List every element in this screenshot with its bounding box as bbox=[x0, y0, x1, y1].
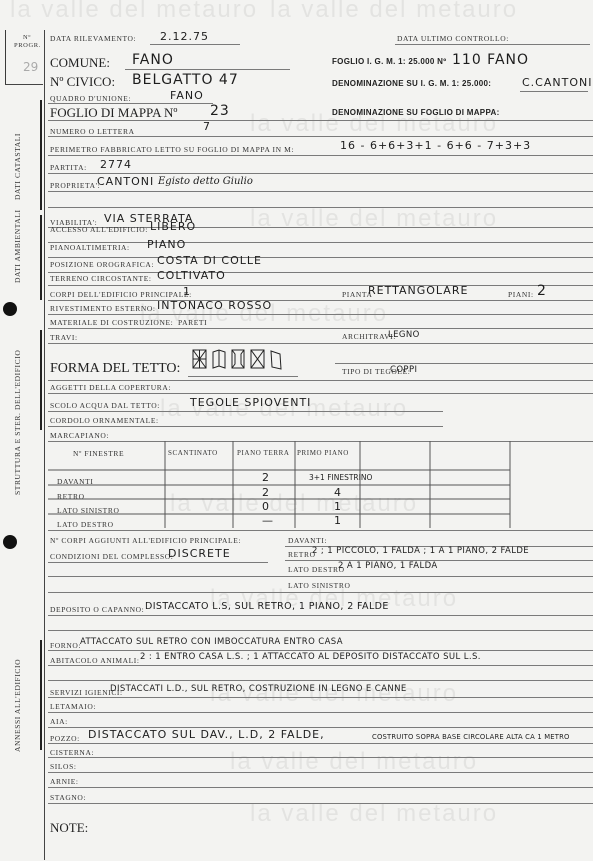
foglio-mappa-value[interactable]: 23 bbox=[210, 103, 230, 119]
pozzo-value[interactable]: DISTACCATO SUL DAV., L.D, 2 FALDE, bbox=[88, 728, 325, 741]
rivestimento-label: RIVESTIMENTO ESTERNO: bbox=[50, 304, 156, 313]
proprieta-value[interactable]: CANTONI bbox=[97, 175, 154, 188]
field-line bbox=[48, 772, 593, 773]
foglio-mappa-label: FOGLIO DI MAPPA Nº bbox=[50, 105, 177, 121]
watermark: la valle del metauro bbox=[250, 205, 498, 233]
field-line bbox=[48, 257, 593, 258]
watermark: la valle del metauro bbox=[270, 0, 518, 24]
survey-form-page: la valle del metauro la valle del metaur… bbox=[0, 0, 593, 861]
field-line bbox=[285, 560, 593, 561]
roof-shed-icon bbox=[271, 351, 281, 369]
planoaltimetria-label: PIANOALTIMETRIA: bbox=[50, 243, 130, 252]
n-prog-value: 29 bbox=[23, 60, 38, 74]
partita-label: PARTITA: bbox=[50, 163, 87, 172]
deposito-value[interactable]: DISTACCATO L.S, SUL RETRO, 1 PIANO, 2 FA… bbox=[145, 601, 389, 612]
forno-value[interactable]: ATTACCATO SUL RETRO CON IMBOCCATURA ENTR… bbox=[80, 637, 343, 647]
field-line bbox=[48, 787, 593, 788]
field-line bbox=[48, 191, 593, 192]
silos-label: SILOS: bbox=[50, 762, 77, 771]
deposito-label: DEPOSITO o CAPANNO: bbox=[50, 605, 144, 614]
field-line bbox=[48, 712, 593, 713]
field-line bbox=[395, 44, 590, 45]
stagno-label: STAGNO: bbox=[50, 793, 86, 802]
section-bracket bbox=[40, 330, 42, 430]
field-line bbox=[48, 242, 593, 243]
lato-destro-value[interactable]: 2 A 1 PIANO, 1 FALDA bbox=[338, 561, 438, 571]
foglio-igm-label: FOGLIO I. G. M. 1: 25.000 Nº bbox=[332, 57, 446, 66]
scolo-value[interactable]: TEGOLE SPIOVENTI bbox=[190, 396, 311, 409]
table-cell-piano-terra[interactable]: 2 bbox=[262, 486, 270, 499]
note-label: NOTE: bbox=[50, 820, 88, 836]
travi-label: TRAVI: bbox=[50, 333, 78, 342]
side-label-struttura: STRUTTURA E STER. DELL'EDIFICIO bbox=[13, 350, 22, 495]
comune-label: COMUNE: bbox=[50, 55, 110, 71]
foglio-igm-value[interactable]: 110 FANO bbox=[452, 52, 529, 68]
corpi-aggiunti-label: Nº CORPI AGGIUNTI ALL'EDIFICIO PRINCIPAL… bbox=[50, 536, 241, 545]
table-row-label: LATO DESTRO bbox=[57, 520, 114, 529]
field-line bbox=[48, 411, 443, 412]
lato-destro-label: LATO DESTRO bbox=[288, 565, 345, 574]
field-line bbox=[48, 380, 593, 381]
field-line bbox=[48, 697, 593, 698]
condizioni-value[interactable]: DISCRETE bbox=[168, 547, 231, 560]
field-line bbox=[48, 426, 443, 427]
partita-value[interactable]: 2774 bbox=[100, 158, 132, 171]
field-line bbox=[48, 630, 593, 631]
section-bracket bbox=[40, 640, 42, 750]
marcapiano-label: MARCAPIANO: bbox=[50, 431, 109, 440]
civico-label: Nº CIVICO: bbox=[50, 74, 115, 90]
field-line bbox=[48, 393, 593, 394]
field-line bbox=[48, 155, 593, 156]
field-line bbox=[335, 363, 593, 364]
field-line bbox=[48, 120, 593, 121]
terreno-value[interactable]: COLTIVATO bbox=[157, 269, 226, 282]
civico-value[interactable]: BELGATTO 47 bbox=[132, 72, 239, 88]
field-line bbox=[48, 680, 593, 681]
field-line bbox=[48, 665, 593, 666]
prog-box-border bbox=[5, 84, 43, 85]
field-line bbox=[48, 562, 268, 563]
field-line bbox=[48, 757, 593, 758]
n-prog-label: Nº PROGR. bbox=[14, 34, 40, 50]
field-line bbox=[48, 576, 593, 577]
cisterna-label: CISTERNA: bbox=[50, 748, 94, 757]
condizioni-label: CONDIZIONI DEL COMPLESSO: bbox=[50, 552, 173, 561]
field-line bbox=[48, 743, 593, 744]
field-line bbox=[48, 136, 593, 137]
field-line bbox=[520, 91, 588, 92]
punch-hole bbox=[3, 302, 17, 316]
scolo-label: SCOLO ACQUA DAL TETTO: bbox=[50, 401, 160, 410]
pozzo-label: POZZO: bbox=[50, 734, 80, 743]
aggetti-label: AGGETTI DELLA COPERTURA: bbox=[50, 383, 171, 392]
field-line bbox=[48, 530, 593, 531]
denom-igm-label: DENOMINAZIONE SU I. G. M. 1: 25.000: bbox=[332, 79, 491, 88]
field-line bbox=[48, 272, 593, 273]
forno-label: FORNO: bbox=[50, 641, 81, 650]
accesso-value[interactable]: LIBERO bbox=[150, 220, 196, 233]
architravi-value[interactable]: LEGNO bbox=[388, 330, 420, 340]
side-label-annessi: ANNESSI ALL'EDIFICIO bbox=[13, 659, 22, 752]
prog-box-border bbox=[5, 30, 6, 85]
table-cell-piano-terra[interactable]: 2 bbox=[262, 471, 270, 484]
perimetro-value[interactable]: 16 - 6+6+3+1 - 6+6 - 7+3+3 bbox=[340, 139, 531, 152]
field-line bbox=[48, 207, 593, 208]
data-rilevamento-value[interactable]: 2.12.75 bbox=[160, 30, 209, 43]
field-line bbox=[48, 300, 593, 301]
table-cell-primo-piano[interactable]: 1 bbox=[334, 514, 342, 527]
arnie-label: ARNIE: bbox=[50, 777, 79, 786]
posizione-value[interactable]: COSTA DI COLLE bbox=[157, 254, 262, 267]
table-row-label: LATO SINISTRO bbox=[57, 506, 119, 515]
lato-sinistro-label: LATO SINISTRO bbox=[288, 581, 350, 590]
planoaltimetria-value[interactable]: PIANO bbox=[147, 238, 186, 251]
proprieta-note[interactable]: Egisto detto Giulio bbox=[158, 176, 253, 187]
denom-mappa-label: DENOMINAZIONE SU FOGLIO DI MAPPA: bbox=[332, 108, 500, 117]
field-line bbox=[188, 376, 298, 377]
table-cell-piano-terra[interactable]: 0 bbox=[262, 500, 270, 513]
perimetro-label: PERIMETRO FABBRICATO LETTO SU FOGLIO DI … bbox=[50, 145, 294, 154]
field-line bbox=[48, 314, 593, 315]
data-rilevamento-label: DATA RILEVAMENTO: bbox=[50, 34, 136, 43]
pozzo-note[interactable]: COSTRUITO SOPRA BASE CIRCOLARE ALTA CA 1… bbox=[372, 733, 570, 741]
side-label-catastali: DATI CATASTALI bbox=[13, 133, 22, 200]
table-header-primo-piano: PRIMO PIANO bbox=[297, 449, 349, 457]
letamaio-label: LETAMAIO: bbox=[50, 702, 96, 711]
pianta-value[interactable]: RETTANGOLARE bbox=[368, 284, 468, 297]
materiale-value: PARETI bbox=[178, 318, 207, 327]
field-line bbox=[48, 173, 593, 174]
corpi-label: CORPI DELL'EDIFICIO PRINCIPALE: bbox=[50, 290, 192, 299]
forma-tetto-label: FORMA DEL TETTO: bbox=[50, 361, 180, 377]
comune-value[interactable]: FANO bbox=[132, 52, 174, 68]
field-line bbox=[125, 69, 290, 70]
abitacolo-value[interactable]: 2 : 1 ENTRO CASA L.S. ; 1 ATTACCATO AL D… bbox=[140, 652, 481, 662]
field-line bbox=[48, 803, 593, 804]
accesso-label: ACCESSO ALL'EDIFICIO: bbox=[50, 225, 148, 234]
table-header-piano-terra: PIANO TERRA bbox=[237, 449, 290, 457]
table-row-label: RETRO bbox=[57, 492, 85, 501]
roof-gable-hip-icon bbox=[232, 350, 244, 368]
watermark: la valle del metauro bbox=[250, 800, 498, 828]
proprieta-label: PROPRIETA': bbox=[50, 181, 100, 190]
quadro-label: QUADRO D'UNIONE: bbox=[50, 94, 131, 103]
table-cell-primo-piano[interactable]: 3+1 FINESTRINO bbox=[309, 473, 372, 482]
field-line bbox=[48, 650, 593, 651]
field-line bbox=[48, 615, 593, 616]
table-header-finestre: Nº FINESTRE bbox=[73, 449, 124, 458]
tipo-tegole-value[interactable]: COPPI bbox=[390, 365, 417, 375]
punch-hole bbox=[3, 535, 17, 549]
side-label-ambientali: DATI AMBIENTALI bbox=[13, 209, 22, 283]
table-header-scantinato: SCANTINATO bbox=[168, 449, 218, 457]
retro-value[interactable]: 2 ; 1 PICCOLO, 1 FALDA ; 1 A 1 PIANO, 2 … bbox=[312, 546, 529, 556]
field-line bbox=[48, 328, 593, 329]
field-line bbox=[48, 103, 213, 104]
section-bracket bbox=[40, 215, 42, 300]
section-bracket bbox=[40, 100, 42, 210]
watermark: la valle del metauro bbox=[10, 0, 258, 24]
roof-gable-icon bbox=[213, 350, 225, 368]
posizione-label: POSIZIONE OROGRAFICA: bbox=[50, 260, 154, 269]
data-ultimo-controllo-label: DATA ULTIMO CONTROLLO: bbox=[397, 34, 509, 43]
piani-label: PIANI: bbox=[508, 290, 534, 299]
cordolo-label: CORDOLO ORNAMENTALE: bbox=[50, 416, 159, 425]
field-line bbox=[48, 592, 593, 593]
corpi-value[interactable]: 1 bbox=[183, 285, 191, 298]
roof-shape-icons bbox=[191, 347, 296, 373]
roof-hip-marked-icon bbox=[193, 350, 206, 368]
field-line bbox=[150, 44, 240, 45]
table-cell-piano-terra[interactable]: — bbox=[262, 514, 274, 527]
roof-pavilion-icon bbox=[251, 350, 264, 368]
davanti-label: DAVANTI: bbox=[288, 536, 327, 545]
table-row-label: DAVANTI bbox=[57, 477, 93, 486]
table-cell-primo-piano[interactable]: 1 bbox=[334, 500, 342, 513]
materiale-label: MATERIALE DI COSTRUZIONE: bbox=[50, 318, 173, 327]
terreno-label: TERRENO CIRCOSTANTE: bbox=[50, 274, 152, 283]
table-cell-primo-piano[interactable]: 4 bbox=[334, 486, 342, 499]
piani-value[interactable]: 2 bbox=[537, 283, 547, 299]
rivestimento-value[interactable]: INTONACO ROSSO bbox=[157, 299, 272, 312]
quadro-value[interactable]: FANO bbox=[170, 89, 204, 102]
field-line bbox=[48, 285, 593, 286]
servizi-value[interactable]: DISTACCATI L.D., SUL RETRO, COSTRUZIONE … bbox=[110, 684, 407, 694]
field-line bbox=[48, 343, 593, 344]
aia-label: AIA: bbox=[50, 717, 68, 726]
denom-igm-value[interactable]: C.CANTONI bbox=[522, 76, 592, 89]
numero-label: NUMERO o LETTERA bbox=[50, 127, 135, 136]
abitacolo-label: ABITACOLO ANIMALI: bbox=[50, 656, 140, 665]
numero-value[interactable]: 7 bbox=[203, 120, 211, 133]
